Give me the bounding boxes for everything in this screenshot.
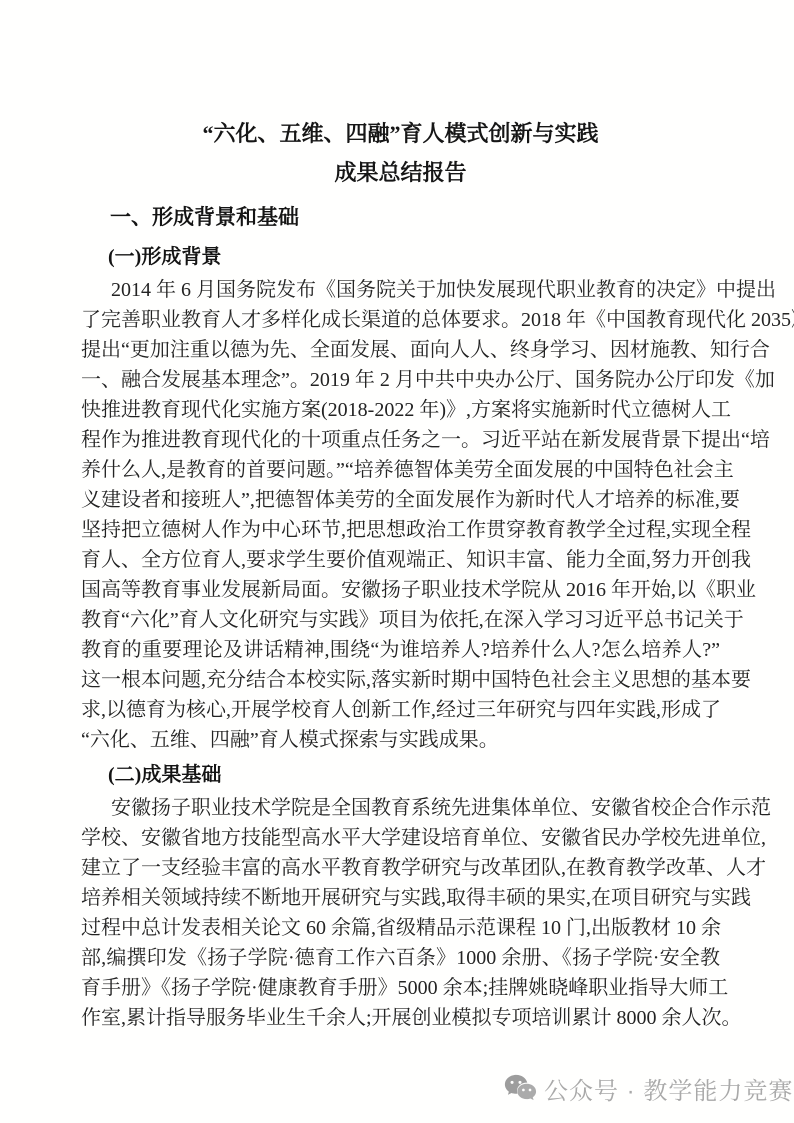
text-line: 培养相关领域持续不断地开展研究与实践,取得丰硕的果实,在项目研究与实践 [81,883,720,913]
text-line: 提出“更加注重以德为先、全面发展、面向人人、终身学习、因材施教、知行合 [81,335,720,365]
text-line: 教育“六化”育人文化研究与实践》项目为依托,在深入学习习近平总书记关于 [81,605,720,635]
text-line: 这一根本问题,充分结合本校实际,落实新时期中国特色社会主义思想的基本要 [81,665,720,695]
section-heading-1: (一)形成背景 [81,243,720,271]
document-title-line1: “六化、五维、四融”育人模式创新与实践 [81,120,720,148]
text-line: 程作为推进教育现代化的十项重点任务之一。习近平站在新发展背景下提出“培 [81,425,720,455]
text-line: “六化、五维、四融”育人模式探索与实践成果。 [81,725,720,755]
text-line: 作室,累计指导服务毕业生千余人;开展创业模拟专项培训累计 8000 余人次。 [81,1003,720,1033]
text-line: 过程中总计发表相关论文 60 余篇,省级精品示范课程 10 门,出版教材 10 … [81,913,720,943]
text-line: 教育的重要理论及讲话精神,围绕“为谁培养人?培养什么人?怎么培养人?” [81,635,720,665]
wechat-icon [503,1072,537,1106]
text-line: 养什么人,是教育的首要问题。”“培养德智体美劳全面发展的中国特色社会主 [81,455,720,485]
text-line: 义建设者和接班人”,把德智体美劳的全面发展作为新时代人才培养的标准,要 [81,485,720,515]
watermark-text: 公众号 · 教学能力竞赛 [544,1071,793,1106]
document-page: “六化、五维、四融”育人模式创新与实践 成果总结报告 一、形成背景和基础 (一)… [0,0,794,1123]
text-line: 国高等教育事业发展新局面。安徽扬子职业技术学院从 2016 年开始,以《职业 [81,575,720,605]
text-line: 2014 年 6 月国务院发布《国务院关于加快发展现代职业教育的决定》中提出 [81,275,720,305]
text-line: 建立了一支经验丰富的高水平教育教学研究与改革团队,在教育教学改革、人才 [81,853,720,883]
document-title-line2: 成果总结报告 [81,159,720,187]
text-line: 育人、全方位育人,要求学生要价值观端正、知识丰富、能力全面,努力开创我 [81,545,720,575]
paragraph-1: 2014 年 6 月国务院发布《国务院关于加快发展现代职业教育的决定》中提出 了… [81,275,720,755]
text-line: 坚持把立德树人作为中心环节,把思想政治工作贯穿教育教学全过程,实现全程 [81,515,720,545]
text-line: 学校、安徽省地方技能型高水平大学建设培育单位、安徽省民办学校先进单位, [81,823,720,853]
text-line: 求,以德育为核心,开展学校育人创新工作,经过三年研究与四年实践,形成了 [81,695,720,725]
document-content: “六化、五维、四融”育人模式创新与实践 成果总结报告 一、形成背景和基础 (一)… [81,0,720,1033]
text-line: 一、融合发展基本理念”。2019 年 2 月中共中央办公厅、国务院办公厅印发《加 [81,365,720,395]
text-line: 快推进教育现代化实施方案(2018-2022 年)》,方案将实施新时代立德树人工 [81,395,720,425]
text-line: 部,编撰印发《扬子学院·德育工作六百条》1000 余册、《扬子学院·安全教 [81,943,720,973]
chapter-heading: 一、形成背景和基础 [81,203,720,231]
watermark: 公众号 · 教学能力竞赛 [503,1071,793,1106]
paragraph-2: 安徽扬子职业技术学院是全国教育系统先进集体单位、安徽省校企合作示范 学校、安徽省… [81,793,720,1033]
text-line: 了完善职业教育人才多样化成长渠道的总体要求。2018 年《中国教育现代化 203… [81,305,720,335]
text-line: 育手册》《扬子学院·健康教育手册》5000 余本;挂牌姚晓峰职业指导大师工 [81,973,720,1003]
section-heading-2: (二)成果基础 [81,761,720,789]
text-line: 安徽扬子职业技术学院是全国教育系统先进集体单位、安徽省校企合作示范 [81,793,720,823]
